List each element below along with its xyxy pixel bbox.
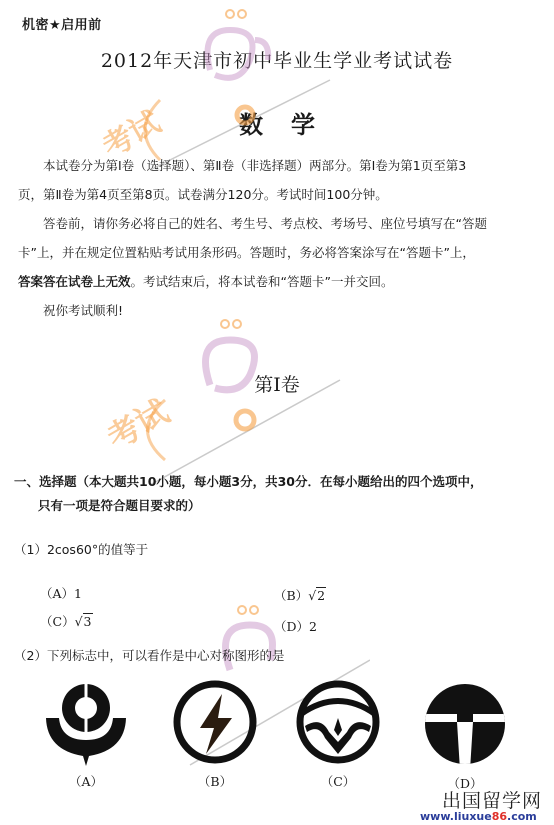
subject-char-2: 学 xyxy=(291,111,315,139)
sqrt-icon: √2 xyxy=(308,588,326,603)
instructions-p1-line1: 本试卷分为第Ⅰ卷（选择题）、第Ⅱ卷（非选择题）两部分。第Ⅰ卷为第1页至第3 xyxy=(18,151,538,180)
instructions-p2-line3-rest: 。考试结束后，将本试卷和“答题卡”一并交回。 xyxy=(131,274,394,289)
section-heading-line2: 只有一项是符合题目要求的） xyxy=(14,494,544,518)
instructions: 本试卷分为第Ⅰ卷（选择题）、第Ⅱ卷（非选择题）两部分。第Ⅰ卷为第1页至第3 页，… xyxy=(18,151,538,325)
footer-url-accent: 86 xyxy=(492,810,507,823)
question-2-number: （2） xyxy=(14,648,47,663)
q1-option-d-label: （D） xyxy=(274,619,309,634)
footer-url[interactable]: www.liuxue86.com xyxy=(420,810,537,823)
footer-site-name: 出国留学网 xyxy=(442,786,542,813)
t-split-circle-emblem-icon xyxy=(420,680,510,770)
q2-figure-a[interactable]: （A） xyxy=(41,678,131,790)
subject-char-1: 数 xyxy=(239,111,263,139)
q1-option-b[interactable]: （B）√2 xyxy=(274,586,326,604)
volume-title: 第Ⅰ卷 xyxy=(0,370,554,397)
classified-label: 机密★启用前 xyxy=(22,14,102,33)
exam-title: 2012年天津市初中毕业生学业考试试卷 xyxy=(0,46,554,73)
question-1: （1）2cos60°的值等于 xyxy=(14,540,148,558)
q1-option-b-radicand: 2 xyxy=(316,587,326,603)
q1-option-c-radicand: 3 xyxy=(83,613,93,629)
instructions-p1-line2: 页，第Ⅱ卷为第4页至第8页。试卷满分120分。考试时间100分钟。 xyxy=(18,180,538,209)
q1-option-b-label: （B） xyxy=(274,588,308,603)
question-1-number: （1） xyxy=(14,542,47,557)
v-leaf-circle-emblem-icon xyxy=(293,678,383,768)
lightning-circle-emblem-icon xyxy=(170,678,260,768)
q2-figure-b-label: （B） xyxy=(170,772,260,790)
watermark-logo-middle xyxy=(90,310,350,490)
q1-option-a-value: 1 xyxy=(74,586,82,601)
q2-figure-d[interactable]: （D） xyxy=(420,680,510,792)
q2-figure-c[interactable]: （C） xyxy=(293,678,383,790)
subject-title: 数学 xyxy=(0,105,554,140)
q1-option-a[interactable]: （A）1 xyxy=(40,584,82,602)
q1-option-d[interactable]: （D）2 xyxy=(274,617,317,635)
footer-url-prefix: www.liuxue xyxy=(420,810,492,823)
watermark-brand-cn-middle: 考试 xyxy=(98,387,176,459)
footer-url-suffix: .com xyxy=(507,810,537,823)
question-2: （2）下列标志中，可以看作是中心对称图形的是 xyxy=(14,646,284,664)
q2-figure-b[interactable]: （B） xyxy=(170,678,260,790)
instructions-warning: 答案答在试卷上无效 xyxy=(18,274,131,289)
instructions-p2-line1: 答卷前，请你务必将自己的姓名、考生号、考点校、考场号、座位号填写在“答题 xyxy=(18,209,538,238)
instructions-p2-line2: 卡”上，并在规定位置粘贴考试用条形码。答题时，务必将答案涂写在“答题卡”上， xyxy=(18,238,538,267)
instructions-p2-line3: 答案答在试卷上无效。考试结束后，将本试卷和“答题卡”一并交回。 xyxy=(18,267,538,296)
question-2-stem: 下列标志中，可以看作是中心对称图形的是 xyxy=(47,648,285,663)
q1-option-d-value: 2 xyxy=(309,619,317,634)
sqrt-icon: √3 xyxy=(75,614,93,629)
q2-figure-a-label: （A） xyxy=(41,772,131,790)
q2-figure-c-label: （C） xyxy=(293,772,383,790)
q1-option-c-label: （C） xyxy=(40,614,75,629)
q1-option-c[interactable]: （C）√3 xyxy=(40,612,93,630)
q1-option-a-label: （A） xyxy=(40,586,74,601)
section-heading: 一、选择题（本大题共10小题，每小题3分，共30分．在每小题给出的四个选项中， … xyxy=(14,470,544,518)
ring-cup-emblem-icon xyxy=(41,678,131,768)
section-heading-line1: 一、选择题（本大题共10小题，每小题3分，共30分．在每小题给出的四个选项中， xyxy=(14,470,544,494)
question-1-stem: 2cos60°的值等于 xyxy=(47,542,148,557)
good-luck-text: 祝你考试顺利! xyxy=(18,296,538,325)
